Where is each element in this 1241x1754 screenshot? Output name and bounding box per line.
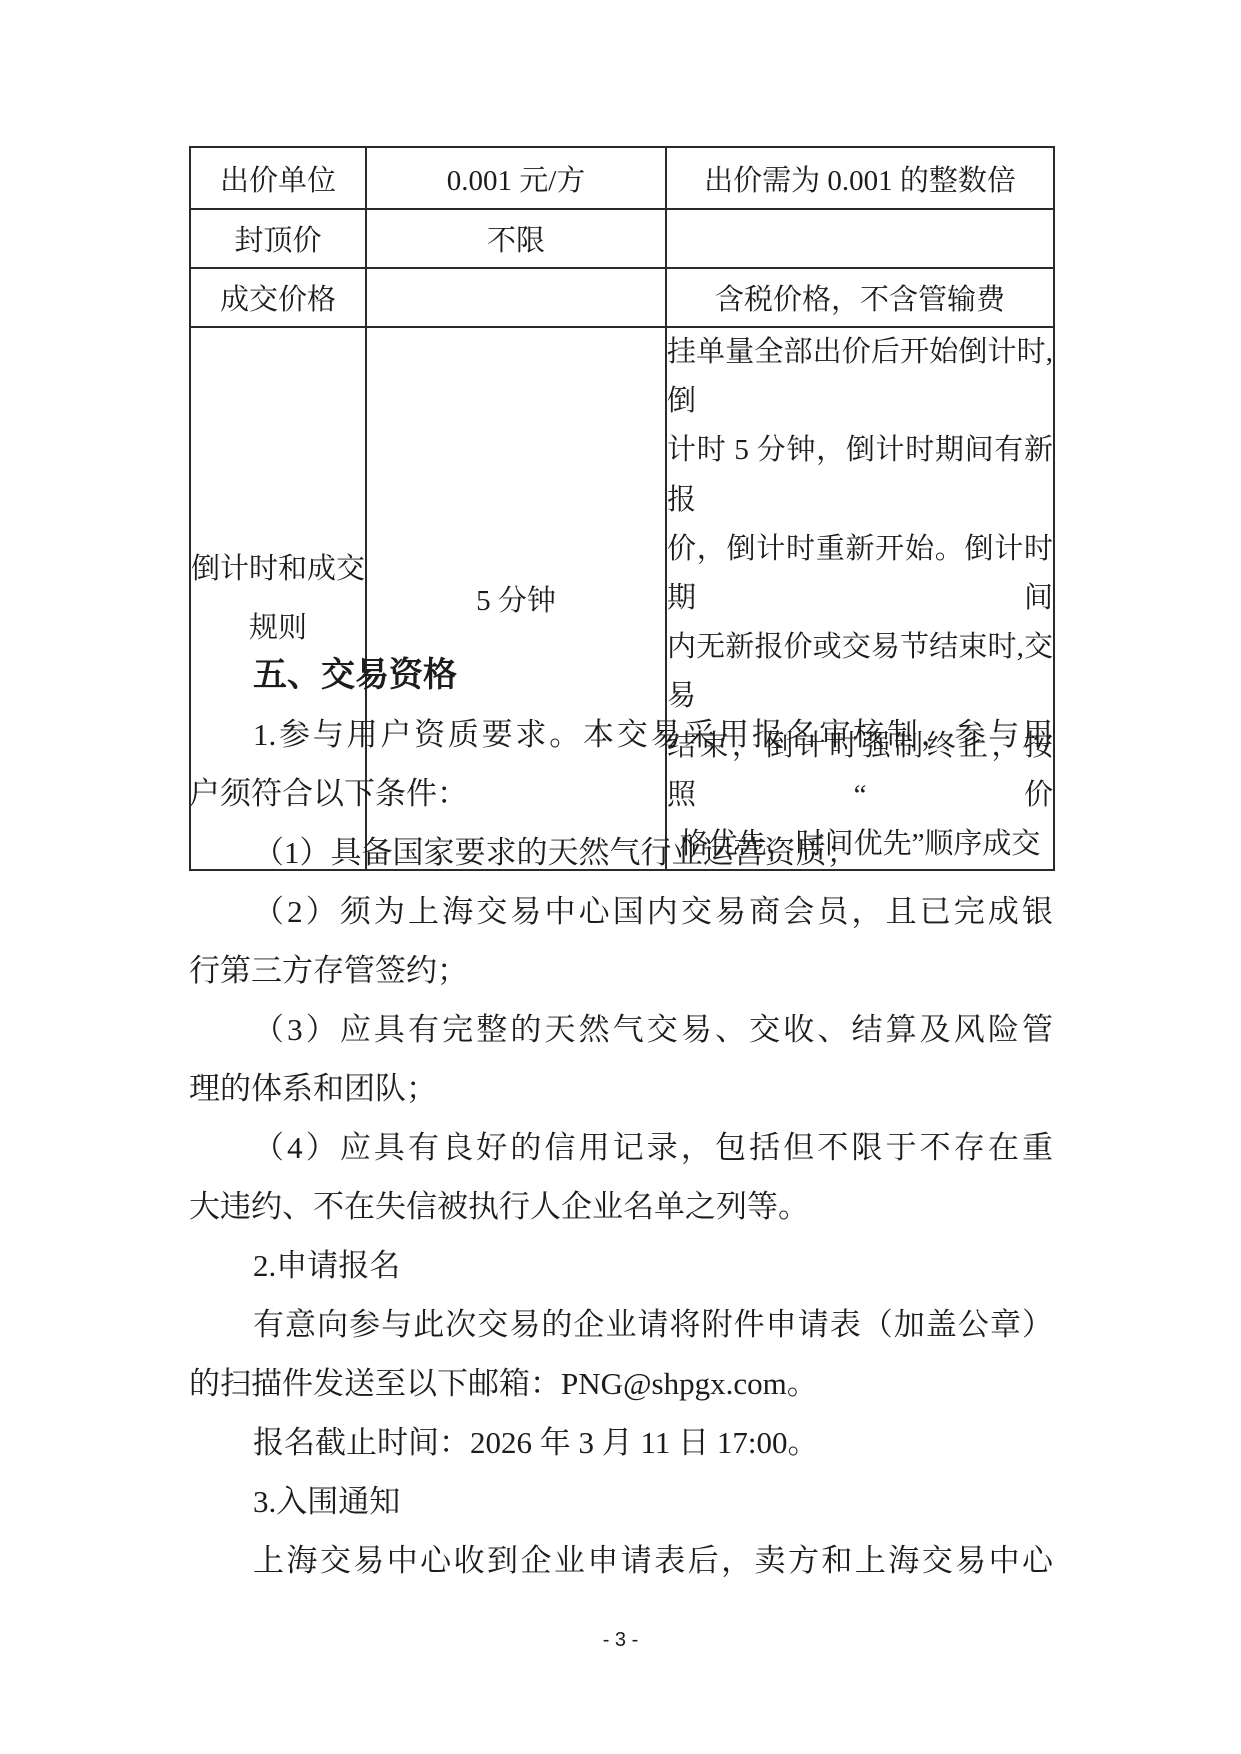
paragraph-line: 3.入围通知 xyxy=(189,1472,1053,1531)
price-cap-row: 封顶价 不限 xyxy=(190,209,1054,268)
paragraph-line: 行第三方存管签约； xyxy=(189,941,1053,1000)
section-five-body: 五、交易资格 1.参与用户资质要求。本交易采用报名审核制，参与用 户须符合以下条… xyxy=(189,646,1053,1590)
deal-price-label-cell: 成交价格 xyxy=(190,268,366,327)
paragraph-line: 上海交易中心收到企业申请表后，卖方和上海交易中心 xyxy=(189,1531,1053,1590)
deal-price-value-cell xyxy=(366,268,666,327)
bid-unit-note-cell: 出价需为 0.001 的整数倍 xyxy=(666,147,1054,209)
price-cap-note-cell xyxy=(666,209,1054,268)
rule-text-line: 挂单量全部出价后开始倒计时,倒 xyxy=(667,328,1053,426)
paragraph-line: （3）应具有完整的天然气交易、交收、结算及风险管 xyxy=(189,1000,1053,1059)
rule-text-line: 价，倒计时重新开始。倒计时期间 xyxy=(667,525,1053,623)
paragraph-line-email: 的扫描件发送至以下邮箱：PNG@shpgx.com。 xyxy=(189,1354,1053,1413)
deal-price-row: 成交价格 含税价格，不含管输费 xyxy=(190,268,1054,327)
paragraph-line: 理的体系和团队； xyxy=(189,1059,1053,1118)
paragraph-line: （1）具备国家要求的天然气行业运营资质； xyxy=(189,823,1053,882)
bid-unit-label-cell: 出价单位 xyxy=(190,147,366,209)
paragraph-line: 2.申请报名 xyxy=(189,1236,1053,1295)
price-cap-label-cell: 封顶价 xyxy=(190,209,366,268)
paragraph-line: 有意向参与此次交易的企业请将附件申请表（加盖公章） xyxy=(189,1295,1053,1354)
document-page: 出价单位 0.001 元/方 出价需为 0.001 的整数倍 封顶价 不限 成交… xyxy=(0,0,1241,1754)
paragraph-line: 大违约、不在失信被执行人企业名单之列等。 xyxy=(189,1177,1053,1236)
price-cap-value-cell: 不限 xyxy=(366,209,666,268)
bid-unit-value-cell: 0.001 元/方 xyxy=(366,147,666,209)
paragraph-line: （2）须为上海交易中心国内交易商会员，且已完成银 xyxy=(189,882,1053,941)
bid-unit-row: 出价单位 0.001 元/方 出价需为 0.001 的整数倍 xyxy=(190,147,1054,209)
paragraph-line: 户须符合以下条件： xyxy=(189,764,1053,823)
deal-price-note-cell: 含税价格，不含管输费 xyxy=(666,268,1054,327)
paragraph-line-deadline: 报名截止时间：2026 年 3 月 11 日 17:00。 xyxy=(189,1413,1053,1472)
section-heading: 五、交易资格 xyxy=(189,646,1053,705)
page-number: - 3 - xyxy=(0,1620,1241,1660)
paragraph-line: 1.参与用户资质要求。本交易采用报名审核制，参与用 xyxy=(189,705,1053,764)
paragraph-line: （4）应具有良好的信用记录，包括但不限于不存在重 xyxy=(189,1118,1053,1177)
rule-text-line: 计时 5 分钟，倒计时期间有新报 xyxy=(667,426,1053,524)
countdown-label-line: 倒计时和成交 xyxy=(191,540,365,599)
